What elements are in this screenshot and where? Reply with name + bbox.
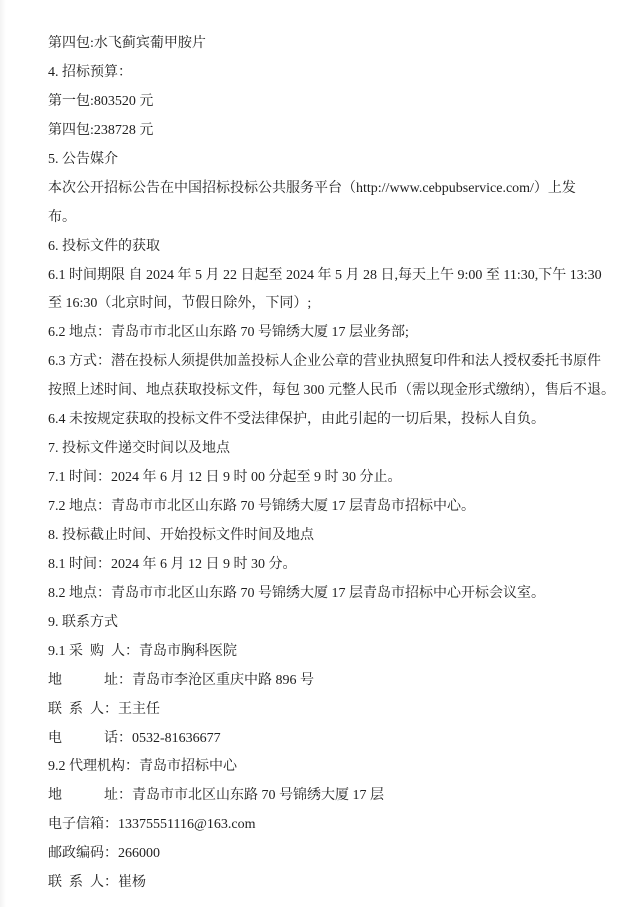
doc-line-purchaser-phone: 电 话：0532-81636677: [48, 725, 598, 754]
doc-line-package4-item: 第四包:水飞蓟宾葡甲胺片: [48, 30, 598, 59]
doc-line-9-1-purchaser: 9.1 采 购 人：青岛市胸科医院: [48, 638, 598, 667]
doc-line-9-2-agency: 9.2 代理机构：青岛市招标中心: [48, 753, 598, 782]
doc-line-6-3-method-part2: 按照上述时间、地点获取投标文件，每包 300 元整人民币（需以现金形式缴纳），售…: [48, 377, 598, 406]
doc-line-6-1-time-part2: 至 16:30（北京时间，节假日除外，下同）;: [48, 290, 598, 319]
doc-line-6-1-time-part1: 6.1 时间期限 自 2024 年 5 月 22 日起至 2024 年 5 月 …: [48, 262, 598, 291]
doc-line-heading-8-opening: 8. 投标截止时间、开始投标文件时间及地点: [48, 522, 598, 551]
doc-line-media-text-1: 本次公开招标公告在中国招标投标公共服务平台（http://www.cebpubs…: [48, 175, 598, 204]
doc-line-agency-postcode: 邮政编码：266000: [48, 840, 598, 869]
doc-line-6-2-location: 6.2 地点：青岛市市北区山东路 70 号锦绣大厦 17 层业务部;: [48, 319, 598, 348]
doc-line-package4-budget: 第四包:238728 元: [48, 117, 598, 146]
doc-line-media-text-2: 布。: [48, 204, 598, 233]
doc-line-7-1-time: 7.1 时间：2024 年 6 月 12 日 9 时 00 分起至 9 时 30…: [48, 464, 598, 493]
doc-line-8-2-location: 8.2 地点：青岛市市北区山东路 70 号锦绣大厦 17 层青岛市招标中心开标会…: [48, 580, 598, 609]
doc-line-package1-budget: 第一包:803520 元: [48, 88, 598, 117]
doc-line-6-3-method-part1: 6.3 方式：潜在投标人须提供加盖投标人企业公章的营业执照复印件和法人授权委托书…: [48, 348, 598, 377]
doc-line-heading-9-contact: 9. 联系方式: [48, 609, 598, 638]
doc-line-agency-contact: 联 系 人：崔杨: [48, 869, 598, 898]
document-page: 第四包:水飞蓟宾葡甲胺片 4. 招标预算： 第一包:803520 元 第四包:2…: [0, 0, 643, 907]
doc-line-agency-email: 电子信箱：13375551116@163.com: [48, 811, 598, 840]
doc-line-heading-4-budget: 4. 招标预算：: [48, 59, 598, 88]
doc-line-heading-5-media: 5. 公告媒介: [48, 146, 598, 175]
doc-line-6-4-note: 6.4 未按规定获取的投标文件不受法律保护，由此引起的一切后果，投标人自负。: [48, 406, 598, 435]
doc-line-agency-address: 地 址：青岛市市北区山东路 70 号锦绣大厦 17 层: [48, 782, 598, 811]
doc-line-purchaser-address: 地 址：青岛市李沧区重庆中路 896 号: [48, 667, 598, 696]
doc-line-7-2-location: 7.2 地点：青岛市市北区山东路 70 号锦绣大厦 17 层青岛市招标中心。: [48, 493, 598, 522]
doc-line-heading-7-submit: 7. 投标文件递交时间以及地点: [48, 435, 598, 464]
doc-line-purchaser-contact: 联 系 人：王主任: [48, 696, 598, 725]
doc-line-8-1-time: 8.1 时间：2024 年 6 月 12 日 9 时 30 分。: [48, 551, 598, 580]
doc-line-heading-6-obtain: 6. 投标文件的获取: [48, 233, 598, 262]
